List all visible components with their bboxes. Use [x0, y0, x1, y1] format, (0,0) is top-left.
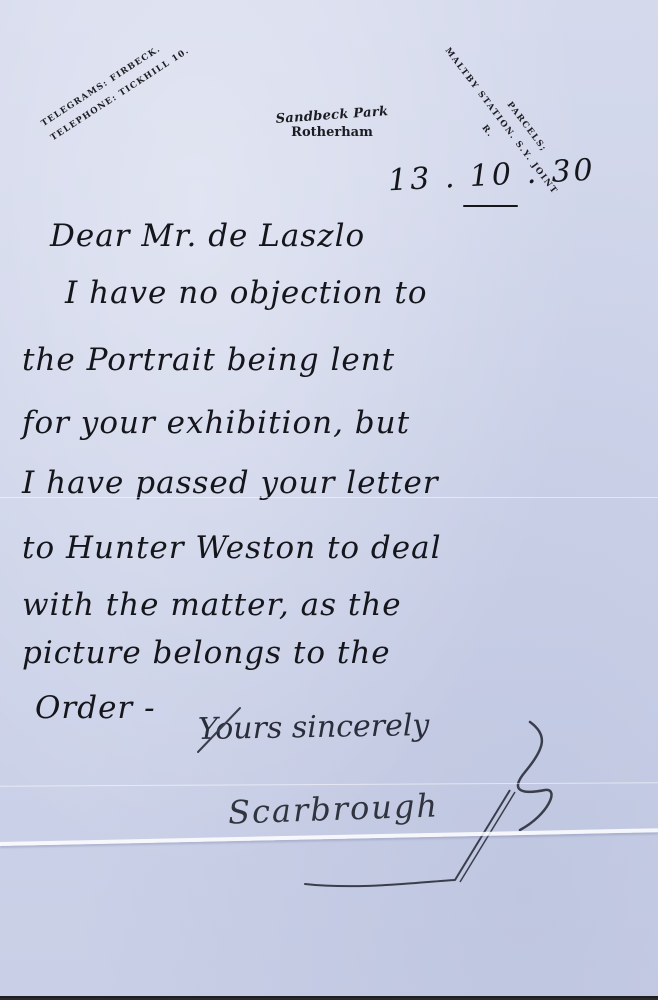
- signature-flourish-icon: [0, 0, 658, 998]
- paper-fold: [0, 497, 658, 498]
- letter-page: TELEGRAMS: FIRBECK. TELEPHONE: TICKHILL …: [0, 0, 658, 998]
- scan-edge: [0, 996, 658, 998]
